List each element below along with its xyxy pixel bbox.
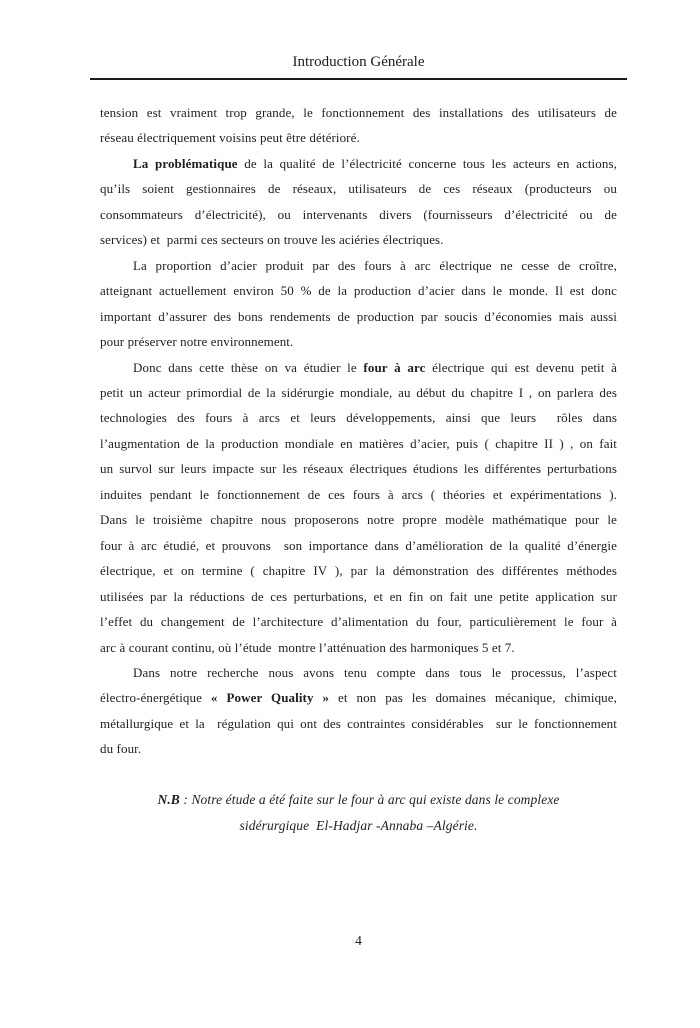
text-segment: « Power Quality » (211, 690, 329, 705)
text-line: arc à courant continu, où l’étude montre… (100, 635, 617, 660)
paragraph: La problématique de la qualité de l’élec… (100, 151, 617, 253)
text-line: N.B : Notre étude a été faite sur le fou… (100, 787, 617, 812)
text-line: atteignant actuellement environ 50 % de … (100, 278, 617, 303)
paragraph: La proportion d’acier produit par des fo… (100, 253, 617, 355)
text-line: La proportion d’acier produit par des fo… (100, 253, 617, 278)
paragraph: Donc dans cette thèse on va étudier le f… (100, 355, 617, 660)
text-line: sidérurgique El-Hadjar -Annaba –Algérie. (100, 813, 617, 838)
text-segment: sidérurgique El-Hadjar -Annaba –Algérie. (240, 818, 478, 833)
text-line: pour préserver notre environnement. (100, 329, 617, 354)
text-line: qu’ils soient gestionnaires de réseaux, … (100, 176, 617, 201)
text-segment: et non pas les domaines mécanique, chimi… (329, 690, 617, 705)
text-line: Dans le troisième chapitre nous proposer… (100, 507, 617, 532)
text-segment: important d’assurer des bons rendements … (100, 309, 617, 324)
text-segment: : Notre étude a été faite sur le four à … (180, 792, 560, 807)
text-line: technologies des fours à arcs et leurs d… (100, 405, 617, 430)
document-body: tension est vraiment trop grande, le fon… (100, 100, 617, 838)
text-segment: du four. (100, 741, 141, 756)
text-line: métallurgique et la régulation qui ont d… (100, 711, 617, 736)
text-line: l’effet du changement de l’architecture … (100, 609, 617, 634)
text-line: La problématique de la qualité de l’élec… (100, 151, 617, 176)
text-line: consommateurs d’électricité), ou interve… (100, 202, 617, 227)
text-segment: l’effet du changement de l’architecture … (100, 614, 617, 629)
document-page: Introduction Générale tension est vraime… (0, 0, 700, 1028)
text-line: Dans notre recherche nous avons tenu com… (100, 660, 617, 685)
text-segment: électrique qui est devenu petit à (425, 360, 617, 375)
text-line: Donc dans cette thèse on va étudier le f… (100, 355, 617, 380)
running-header-title: Introduction Générale (90, 52, 627, 72)
text-segment: Donc dans cette thèse on va étudier le (133, 360, 363, 375)
text-line: réseau électriquement voisins peut être … (100, 125, 617, 150)
text-segment: La problématique (133, 156, 238, 171)
text-segment: l’augmentation de la production mondiale… (100, 436, 617, 451)
text-segment: La proportion d’acier produit par des fo… (133, 258, 617, 273)
text-line: four à arc étudié, et prouvons son impor… (100, 533, 617, 558)
text-segment: pour préserver notre environnement. (100, 334, 293, 349)
text-segment: Dans notre recherche nous avons tenu com… (133, 665, 617, 680)
text-line: électrique, et on termine ( chapitre IV … (100, 558, 617, 583)
text-line: un survol sur leurs impacte sur les rése… (100, 456, 617, 481)
text-line: utilisées par la réductions de ces pertu… (100, 584, 617, 609)
text-segment: réseau électriquement voisins peut être … (100, 130, 360, 145)
text-segment: induites pendant le fonctionnement de ce… (100, 487, 617, 502)
text-segment: arc à courant continu, où l’étude montre… (100, 640, 515, 655)
text-segment: four à arc étudié, et prouvons son impor… (100, 538, 617, 553)
text-line: l’augmentation de la production mondiale… (100, 431, 617, 456)
paragraph: Dans notre recherche nous avons tenu com… (100, 660, 617, 762)
text-segment: métallurgique et la régulation qui ont d… (100, 716, 617, 731)
text-segment: électrique, et on termine ( chapitre IV … (100, 563, 617, 578)
text-segment: atteignant actuellement environ 50 % de … (100, 283, 617, 298)
text-line: services) et parmi ces secteurs on trouv… (100, 227, 617, 252)
text-segment: utilisées par la réductions de ces pertu… (100, 589, 617, 604)
text-segment: technologies des fours à arcs et leurs d… (100, 410, 617, 425)
text-segment: qu’ils soient gestionnaires de réseaux, … (100, 181, 617, 196)
text-line: tension est vraiment trop grande, le fon… (100, 100, 617, 125)
text-segment: four à arc (363, 360, 425, 375)
text-line: électro-énergétique « Power Quality » et… (100, 685, 617, 710)
text-segment: Dans le troisième chapitre nous proposer… (100, 512, 617, 527)
text-line: important d’assurer des bons rendements … (100, 304, 617, 329)
text-segment: services) et parmi ces secteurs on trouv… (100, 232, 444, 247)
text-segment: tension est vraiment trop grande, le fon… (100, 105, 617, 120)
text-segment: électro-énergétique (100, 690, 211, 705)
page-number: 4 (100, 931, 617, 951)
text-line: du four. (100, 736, 617, 761)
header-rule (90, 78, 627, 80)
text-segment: N.B (157, 792, 179, 807)
paragraph: tension est vraiment trop grande, le fon… (100, 100, 617, 151)
text-line: petit un acteur primordial de la sidérur… (100, 380, 617, 405)
text-line: induites pendant le fonctionnement de ce… (100, 482, 617, 507)
text-segment: un survol sur leurs impacte sur les rése… (100, 461, 617, 476)
text-segment: de la qualité de l’électricité concerne … (238, 156, 617, 171)
text-segment: consommateurs d’électricité), ou interve… (100, 207, 617, 222)
note-paragraph: N.B : Notre étude a été faite sur le fou… (100, 787, 617, 838)
text-segment: petit un acteur primordial de la sidérur… (100, 385, 617, 400)
